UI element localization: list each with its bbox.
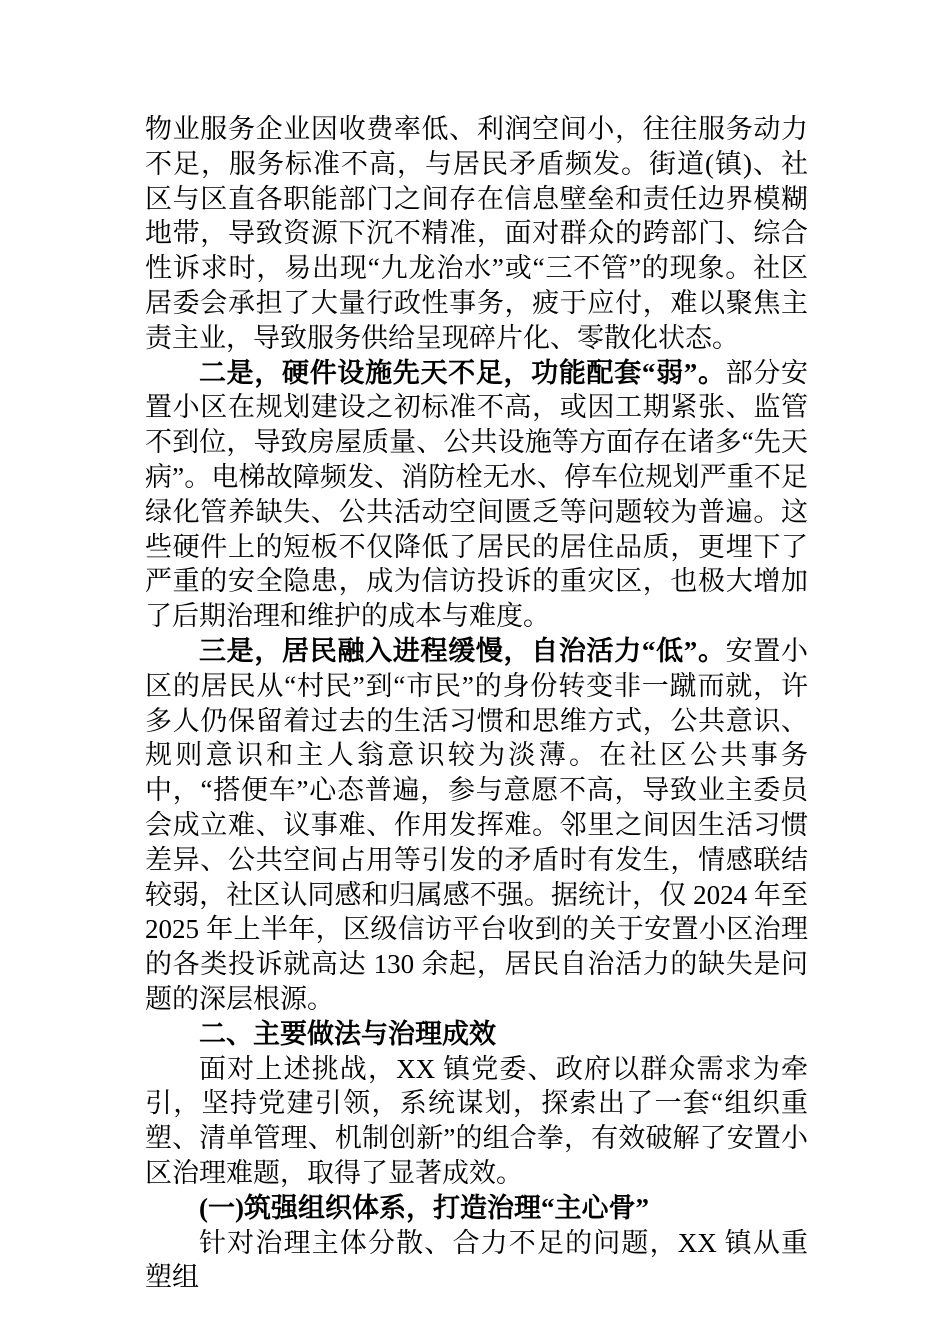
- section-heading-main-practices: 二、主要做法与治理成效: [145, 1017, 808, 1052]
- document-page: 物业服务企业因收费率低、利润空间小，往往服务动力不足，服务标准不高，与居民矛盾频…: [0, 0, 950, 1344]
- paragraph-point-three-autonomy-low: 三是，居民融入进程缓慢，自治活力“低”。安置小区的居民从“村民”到“市民”的身份…: [145, 634, 808, 1017]
- subsection-heading-organization-system: (一)筑强组织体系，打造治理“主心骨”: [145, 1191, 808, 1226]
- paragraph-text: 面对上述挑战，XX 镇党委、政府以群众需求为牵引，坚持党建引领，系统谋划，探索出…: [145, 1054, 808, 1188]
- paragraph-text: 部分安置小区在规划建设之初标准不高，或因工期紧张、监管不到位，导致房屋质量、公共…: [145, 358, 808, 632]
- document-text-block: 物业服务企业因收费率低、利润空间小，往往服务动力不足，服务标准不高，与居民矛盾频…: [145, 112, 808, 1295]
- paragraph-text: 物业服务企业因收费率低、利润空间小，往往服务动力不足，服务标准不高，与居民矛盾频…: [145, 114, 808, 353]
- paragraph-bold-lead: 二是，硬件设施先天不足，功能配套“弱”。: [199, 358, 726, 388]
- heading-text: 二、主要做法与治理成效: [199, 1019, 496, 1049]
- heading-text: (一)筑强组织体系，打造治理“主心骨”: [199, 1193, 649, 1223]
- paragraph-text: 安置小区的居民从“村民”到“市民”的身份转变非一蹴而就，许多人仍保留着过去的生活…: [145, 636, 808, 1014]
- paragraph-point-two-hardware-weak: 二是，硬件设施先天不足，功能配套“弱”。部分安置小区在规划建设之初标准不高，或因…: [145, 356, 808, 634]
- paragraph-facing-challenges: 面对上述挑战，XX 镇党委、政府以群众需求为牵引，坚持党建引领，系统谋划，探索出…: [145, 1052, 808, 1191]
- paragraph-targeting-dispersion-cutoff: 针对治理主体分散、合力不足的问题，XX 镇从重塑组: [145, 1226, 808, 1296]
- paragraph-bold-lead: 三是，居民融入进程缓慢，自治活力“低”。: [199, 636, 726, 666]
- paragraph-text: 针对治理主体分散、合力不足的问题，XX 镇从重塑组: [145, 1228, 808, 1293]
- paragraph-property-services-continuation: 物业服务企业因收费率低、利润空间小，往往服务动力不足，服务标准不高，与居民矛盾频…: [145, 112, 808, 356]
